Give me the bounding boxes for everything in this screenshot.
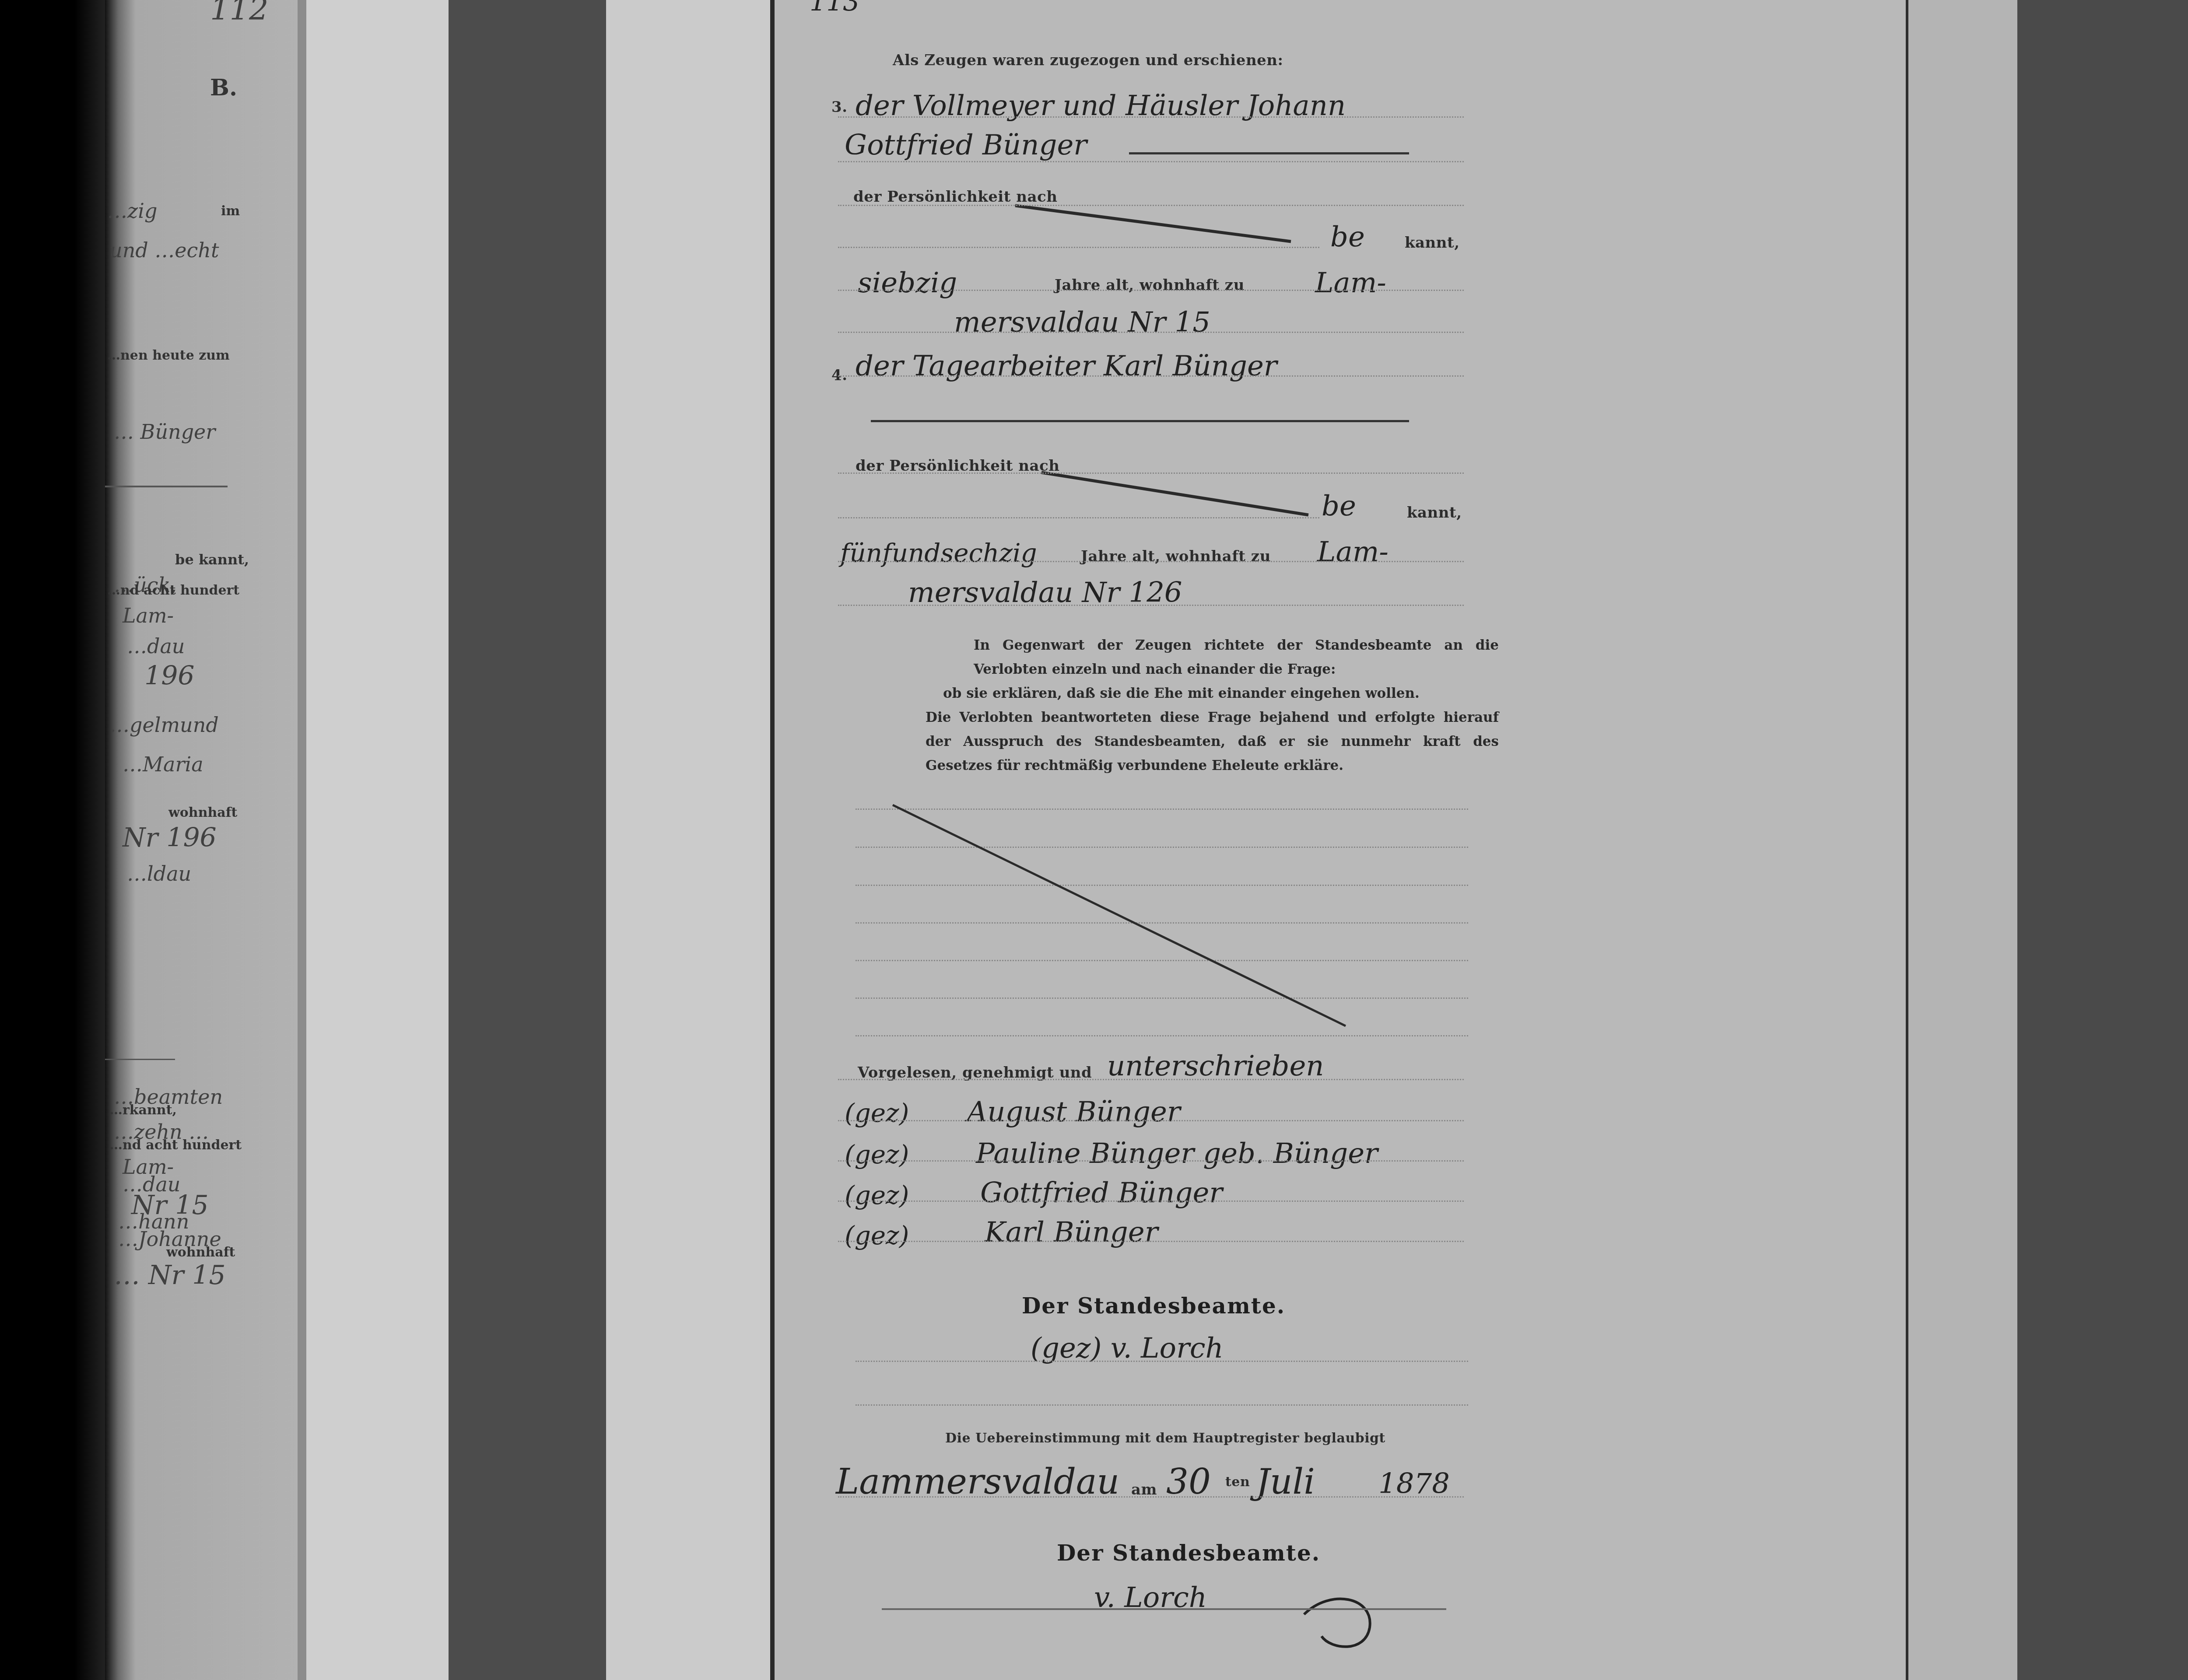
witness-age: siebzig (858, 267, 957, 299)
form-line (838, 472, 1464, 474)
left-fragment: wohnhaft (166, 1245, 235, 1260)
registrar-signature: (gez) v. Lorch (1031, 1332, 1224, 1365)
left-fragment: 196 (144, 661, 195, 691)
ceremony-sentence: In Gegenwart der Zeugen richtete der Sta… (926, 633, 1499, 682)
form-line (838, 517, 1319, 518)
left-fragment: …ldau (127, 862, 191, 885)
left-fragment: …zig (107, 199, 157, 223)
strike-line (1015, 201, 1295, 245)
form-line (838, 1241, 1464, 1242)
left-fragment: be kannt, (175, 551, 249, 568)
identity-label: der Persönlichkeit nach (856, 457, 1059, 475)
left-fragment: …gelmund (109, 713, 219, 737)
residence: Lam- (1317, 536, 1389, 568)
page-stack-dark-band (449, 0, 606, 1680)
gez-prefix: (gez) (845, 1140, 909, 1169)
form-line (838, 1496, 1464, 1498)
ceremony-question: ob sie erklären, daß sie die Ehe mit ein… (926, 682, 1499, 706)
film-edge-left (0, 0, 105, 1680)
form-line (838, 1160, 1464, 1162)
signature-name: August Bünger (967, 1096, 1180, 1128)
left-fragment: …rkannt, (109, 1102, 177, 1118)
gez-prefix: (gez) (845, 1098, 909, 1128)
left-fragment: Lam- (123, 604, 174, 627)
witness-name-line: der Tagearbeiter Karl Bünger (856, 350, 1277, 382)
witness-name-line: Gottfried Bünger (845, 129, 1087, 161)
form-line (838, 247, 1319, 248)
registrar-heading-2: Der Standesbeamte. (1057, 1540, 1320, 1566)
page-stack-light (306, 0, 449, 1680)
page-stack-light (1908, 0, 2018, 1680)
form-line (838, 561, 1464, 562)
form-line (838, 332, 1464, 333)
fill-stroke (871, 420, 1409, 422)
certification-year: 1878 (1378, 1468, 1450, 1500)
left-rule (105, 486, 228, 487)
gez-prefix: (gez) (845, 1221, 909, 1250)
page-marker: 113 (810, 0, 860, 17)
form-line (838, 116, 1464, 118)
gez-prefix: (gez) (845, 1180, 909, 1210)
left-fragment: … Bünger (114, 420, 215, 444)
form-line (838, 1200, 1464, 1202)
certification-am: am (1131, 1481, 1157, 1498)
left-fragment: … Nr 15 (114, 1260, 226, 1291)
left-fragment: im (221, 203, 240, 219)
witness-number: 3. (831, 98, 848, 116)
identity-value: be (1330, 221, 1365, 253)
left-fragment: …nd acht hundert (109, 1137, 242, 1153)
signature-name: Karl Bünger (985, 1216, 1158, 1249)
ceremony-text: In Gegenwart der Zeugen richtete der Sta… (926, 633, 1499, 778)
signature-name: Pauline Bünger geb. Bünger (976, 1137, 1378, 1170)
left-fragment: …dau (127, 634, 185, 658)
left-fragment: und …echt (109, 238, 219, 262)
form-line (838, 1079, 1464, 1080)
identity-suffix: kannt, (1407, 504, 1462, 521)
signature-line (882, 1608, 1446, 1610)
signature-flourish (1304, 1588, 1392, 1676)
age-label: Jahre alt, wohnhaft zu (1081, 548, 1271, 565)
registrar-heading: Der Standesbeamte. (1022, 1293, 1285, 1319)
strike-line (1041, 470, 1313, 518)
residence: mersvaldau Nr 15 (954, 306, 1210, 339)
left-fragment: …Maria (123, 752, 203, 776)
left-rule (105, 1059, 175, 1060)
left-fragment: Nr 196 (123, 822, 217, 853)
cancellation-diagonal (891, 803, 1350, 1030)
form-line (838, 161, 1464, 162)
left-page-marker: 112 (210, 0, 269, 27)
left-section-letter: B. (210, 74, 237, 101)
witness-age: fünfundsechzig (840, 538, 1037, 568)
form-line (838, 205, 1464, 206)
certification-text: Die Uebereinstimmung mit dem Hauptregist… (945, 1431, 1385, 1446)
identity-suffix: kannt, (1405, 234, 1460, 252)
left-fragment: …nd acht hundert (107, 583, 239, 598)
residence: Lam- (1315, 267, 1386, 299)
witnesses-intro: Als Zeugen waren zugezogen und erschiene… (893, 52, 1283, 69)
signature-name: Gottfried Bünger (980, 1177, 1223, 1209)
identity-value: be (1322, 490, 1356, 522)
page-stack-dark-band (2017, 0, 2188, 1680)
residence: mersvaldau Nr 126 (908, 577, 1182, 609)
form-line (856, 1035, 1468, 1036)
form-line (838, 375, 1464, 377)
approval-value: unterschrieben (1107, 1050, 1324, 1082)
left-page-gutter (298, 0, 306, 1680)
left-fragment: …nen heute zum (107, 348, 230, 363)
form-line (838, 290, 1464, 291)
page-stack-light (606, 0, 770, 1680)
left-fragment: wohnhaft (168, 805, 237, 820)
form-line (838, 1120, 1464, 1121)
form-line (856, 1361, 1468, 1362)
fill-stroke (1129, 152, 1409, 154)
age-label: Jahre alt, wohnhaft zu (1055, 276, 1245, 294)
form-line (838, 605, 1464, 606)
form-line (856, 1404, 1468, 1406)
ceremony-sentence: Die Verlobten beantworteten diese Frage … (926, 706, 1499, 778)
certification-day-suffix: ten (1225, 1474, 1250, 1490)
